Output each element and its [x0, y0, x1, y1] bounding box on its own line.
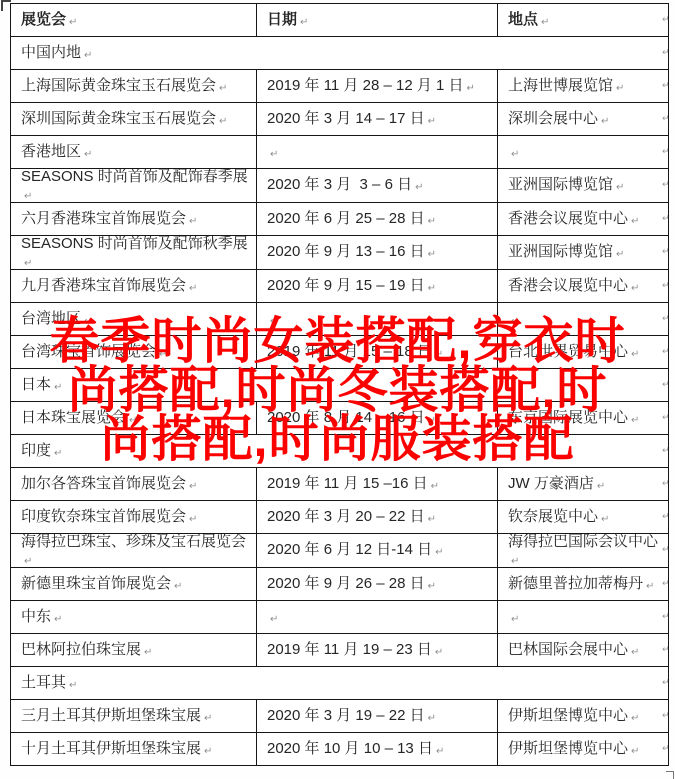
exhibition-name-cell: 巴林阿拉伯珠宝展↵: [11, 634, 257, 667]
row-end-mark: ↵: [662, 379, 670, 390]
pilcrow-mark: ↵: [144, 647, 152, 658]
section-label-cell: 台湾地区↵: [11, 303, 257, 336]
section-label-cell: 日本↵: [11, 369, 669, 402]
row-end-mark: ↵: [662, 677, 670, 688]
pilcrow-mark: ↵: [219, 116, 227, 127]
pilcrow-mark: ↵: [511, 149, 519, 160]
venue-cell: 伊斯坦堡博览中心↵: [498, 733, 669, 766]
col-header-venue: 地点↵: [498, 4, 669, 37]
exhibition-name-cell: 六月香港珠宝首饰展览会↵: [11, 203, 257, 236]
row-end-mark: ↵: [662, 47, 670, 58]
data-row: 十月土耳其伊斯坦堡珠宝展↵ 2020 年 10 月 10 – 13 日↵ 伊斯坦…: [11, 733, 669, 766]
pilcrow-mark: ↵: [24, 191, 32, 202]
venue-cell: 海得拉巴国际会议中心↵: [498, 534, 669, 568]
pilcrow-mark: ↵: [646, 581, 654, 592]
data-row: 印度钦奈珠宝首饰展览会↵ 2020 年 3 月 20 – 22 日↵ 钦奈展览中…: [11, 501, 669, 534]
section-row: 台湾地区↵ ↵ ↵: [11, 303, 669, 336]
venue-cell: 上海世博展览馆↵: [498, 70, 669, 103]
pilcrow-mark: ↵: [174, 581, 182, 592]
row-end-mark: ↵: [662, 246, 670, 257]
document-page: 展览会↵ 日期↵ 地点↵ 中国内地↵ 上海国际黄金珠宝玉石展览会↵ 2019 年…: [0, 0, 675, 779]
data-row: SEASONS 时尚首饰及配饰秋季展↵ 2020 年 9 月 13 – 16 日…: [11, 236, 669, 270]
date-cell: 2020 年 10 月 10 – 13 日↵: [257, 733, 498, 766]
pilcrow-mark: ↵: [631, 713, 639, 724]
pilcrow-mark: ↵: [616, 83, 624, 94]
exhibition-name-cell: SEASONS 时尚首饰及配饰春季展↵: [11, 169, 257, 203]
empty-date-cell: ↵: [257, 601, 498, 634]
pilcrow-mark: ↵: [84, 50, 92, 61]
row-end-mark: ↵: [662, 412, 670, 423]
empty-venue-cell: ↵: [498, 601, 669, 634]
data-row: 深圳国际黄金珠宝玉石展览会↵ 2020 年 3 月 14 – 17 日↵ 深圳会…: [11, 103, 669, 136]
venue-cell: 伊斯坦堡博览中心↵: [498, 700, 669, 733]
row-end-mark: ↵: [662, 478, 670, 489]
pilcrow-mark: ↵: [204, 713, 212, 724]
pilcrow-mark: ↵: [428, 249, 436, 260]
venue-cell: 亚洲国际博览馆↵: [498, 236, 669, 270]
row-end-mark: ↵: [662, 113, 670, 124]
data-row: 六月香港珠宝首饰展览会↵ 2020 年 6 月 25 – 28 日↵ 香港会议展…: [11, 203, 669, 236]
pilcrow-mark: ↵: [270, 149, 278, 160]
pilcrow-mark: ↵: [616, 182, 624, 193]
date-cell: 2019 年 11 月 15 – 18 日↵: [257, 336, 498, 369]
row-end-mark: ↵: [662, 445, 670, 456]
row-end-mark: ↵: [662, 313, 670, 324]
exhibition-name-cell: 九月香港珠宝首饰展览会↵: [11, 270, 257, 303]
venue-cell: 台北世界贸易中心↵: [498, 336, 669, 369]
section-row: 土耳其↵: [11, 667, 669, 700]
date-cell: 2020 年 3 月 3 – 6 日↵: [257, 169, 498, 203]
venue-cell: 亚洲国际博览馆↵: [498, 169, 669, 203]
pilcrow-mark: ↵: [631, 216, 639, 227]
pilcrow-mark: ↵: [300, 17, 308, 28]
pilcrow-mark: ↵: [189, 481, 197, 492]
data-row: 九月香港珠宝首饰展览会↵ 2020 年 9 月 15 – 19 日↵ 香港会议展…: [11, 270, 669, 303]
data-row: 新德里珠宝首饰展览会↵ 2020 年 9 月 26 – 28 日↵ 新德里普拉加…: [11, 568, 669, 601]
pilcrow-mark: ↵: [428, 116, 436, 127]
row-end-mark: ↵: [662, 146, 670, 157]
pilcrow-mark: ↵: [436, 746, 444, 757]
section-label-cell: 中东↵: [11, 601, 257, 634]
row-end-mark: ↵: [662, 710, 670, 721]
pilcrow-mark: ↵: [631, 647, 639, 658]
data-row: 日本珠宝展览会↵ 2020 年 8 月 14 – 16 日↵ 东京国际展览中心↵: [11, 402, 669, 435]
section-row: 香港地区↵ ↵ ↵: [11, 136, 669, 169]
pilcrow-mark: ↵: [270, 316, 278, 327]
pilcrow-mark: ↵: [204, 746, 212, 757]
pilcrow-mark: ↵: [219, 83, 227, 94]
venue-cell: 深圳会展中心↵: [498, 103, 669, 136]
pilcrow-mark: ↵: [129, 415, 137, 426]
exhibition-name-cell: 海得拉巴珠宝、珍珠及宝石展览会↵: [11, 534, 257, 568]
date-cell: 2019 年 11 月 19 – 23 日↵: [257, 634, 498, 667]
pilcrow-mark: ↵: [189, 514, 197, 525]
date-cell: 2019 年 11 月 15 –16 日↵: [257, 468, 498, 501]
row-end-mark: ↵: [662, 511, 670, 522]
date-cell: 2020 年 3 月 14 – 17 日↵: [257, 103, 498, 136]
date-cell: 2020 年 3 月 19 – 22 日↵: [257, 700, 498, 733]
pilcrow-mark: ↵: [597, 481, 605, 492]
pilcrow-mark: ↵: [511, 614, 519, 625]
pilcrow-mark: ↵: [69, 17, 77, 28]
section-label-cell: 土耳其↵: [11, 667, 669, 700]
exhibition-table: 展览会↵ 日期↵ 地点↵ 中国内地↵ 上海国际黄金珠宝玉石展览会↵ 2019 年…: [10, 3, 669, 766]
date-cell: 2020 年 8 月 14 – 16 日↵: [257, 402, 498, 435]
pilcrow-mark: ↵: [431, 481, 439, 492]
exhibition-name-cell: 加尔各答珠宝首饰展览会↵: [11, 468, 257, 501]
venue-cell: 钦奈展览中心↵: [498, 501, 669, 534]
row-end-mark: ↵: [662, 644, 670, 655]
pilcrow-mark: ↵: [616, 249, 624, 260]
pilcrow-mark: ↵: [428, 216, 436, 227]
pilcrow-mark: ↵: [511, 316, 519, 327]
section-row: 中东↵ ↵ ↵: [11, 601, 669, 634]
data-row: 三月土耳其伊斯坦堡珠宝展↵ 2020 年 3 月 19 – 22 日↵ 伊斯坦堡…: [11, 700, 669, 733]
pilcrow-mark: ↵: [631, 415, 639, 426]
pilcrow-mark: ↵: [54, 382, 62, 393]
row-end-mark: ↵: [662, 14, 670, 25]
exhibition-name-cell: 台湾珠宝首饰展览会↵: [11, 336, 257, 369]
pilcrow-mark: ↵: [601, 116, 609, 127]
pilcrow-mark: ↵: [84, 316, 92, 327]
pilcrow-mark: ↵: [54, 448, 62, 459]
venue-cell: 香港会议展览中心↵: [498, 203, 669, 236]
date-cell: 2019 年 11 月 28 – 12 月 1 日↵: [257, 70, 498, 103]
date-cell: 2020 年 9 月 26 – 28 日↵: [257, 568, 498, 601]
exhibition-name-cell: 印度钦奈珠宝首饰展览会↵: [11, 501, 257, 534]
date-cell: 2020 年 9 月 15 – 19 日↵: [257, 270, 498, 303]
col-header-exhibition: 展览会↵: [11, 4, 257, 37]
pilcrow-mark: ↵: [428, 283, 436, 294]
col-header-date: 日期↵: [257, 4, 498, 37]
pilcrow-mark: ↵: [189, 216, 197, 227]
exhibition-name-cell: 上海国际黄金珠宝玉石展览会↵: [11, 70, 257, 103]
date-cell: 2020 年 3 月 20 – 22 日↵: [257, 501, 498, 534]
pilcrow-mark: ↵: [24, 556, 32, 567]
date-cell: 2020 年 6 月 25 – 28 日↵: [257, 203, 498, 236]
pilcrow-mark: ↵: [270, 614, 278, 625]
data-row: 台湾珠宝首饰展览会↵ 2019 年 11 月 15 – 18 日↵ 台北世界贸易…: [11, 336, 669, 369]
section-label-cell: 印度↵: [11, 435, 669, 468]
row-end-mark: ↵: [662, 611, 670, 622]
section-row: 日本↵: [11, 369, 669, 402]
pilcrow-mark: ↵: [69, 680, 77, 691]
pilcrow-mark: ↵: [428, 415, 436, 426]
exhibition-name-cell: 十月土耳其伊斯坦堡珠宝展↵: [11, 733, 257, 766]
empty-date-cell: ↵: [257, 136, 498, 169]
pilcrow-mark: ↵: [159, 349, 167, 360]
exhibition-name-cell: 深圳国际黄金珠宝玉石展览会↵: [11, 103, 257, 136]
pilcrow-mark: ↵: [54, 614, 62, 625]
table-end-handle: [666, 771, 674, 779]
pilcrow-mark: ↵: [24, 258, 32, 269]
empty-date-cell: ↵: [257, 303, 498, 336]
date-cell: 2020 年 9 月 13 – 16 日↵: [257, 236, 498, 270]
pilcrow-mark: ↵: [601, 514, 609, 525]
exhibition-name-cell: 新德里珠宝首饰展览会↵: [11, 568, 257, 601]
section-row: 印度↵: [11, 435, 669, 468]
pilcrow-mark: ↵: [415, 182, 423, 193]
pilcrow-mark: ↵: [631, 283, 639, 294]
pilcrow-mark: ↵: [435, 547, 443, 558]
pilcrow-mark: ↵: [428, 713, 436, 724]
row-end-mark: ↵: [662, 179, 670, 190]
empty-venue-cell: ↵: [498, 303, 669, 336]
row-end-mark: ↵: [662, 280, 670, 291]
venue-cell: 东京国际展览中心↵: [498, 402, 669, 435]
venue-cell: 新德里普拉加蒂梅丹↵: [498, 568, 669, 601]
exhibition-table-wrap: 展览会↵ 日期↵ 地点↵ 中国内地↵ 上海国际黄金珠宝玉石展览会↵ 2019 年…: [10, 3, 668, 766]
data-row: 上海国际黄金珠宝玉石展览会↵ 2019 年 11 月 28 – 12 月 1 日…: [11, 70, 669, 103]
pilcrow-mark: ↵: [631, 349, 639, 360]
pilcrow-mark: ↵: [541, 17, 549, 28]
header-row: 展览会↵ 日期↵ 地点↵: [11, 4, 669, 37]
data-row: 海得拉巴珠宝、珍珠及宝石展览会↵ 2020 年 6 月 12 日-14 日↵ 海…: [11, 534, 669, 568]
section-label-cell: 香港地区↵: [11, 136, 257, 169]
pilcrow-mark: ↵: [631, 746, 639, 757]
pilcrow-mark: ↵: [428, 581, 436, 592]
row-end-mark: ↵: [662, 544, 670, 555]
pilcrow-mark: ↵: [84, 149, 92, 160]
section-label-cell: 中国内地↵: [11, 37, 669, 70]
venue-cell: 巴林国际会展中心↵: [498, 634, 669, 667]
row-end-mark: ↵: [662, 80, 670, 91]
row-end-mark: ↵: [662, 578, 670, 589]
pilcrow-mark: ↵: [467, 83, 475, 94]
section-row: 中国内地↵: [11, 37, 669, 70]
pilcrow-mark: ↵: [435, 647, 443, 658]
venue-cell: JW 万豪酒店↵: [498, 468, 669, 501]
row-end-mark: ↵: [662, 213, 670, 224]
exhibition-name-cell: SEASONS 时尚首饰及配饰秋季展↵: [11, 236, 257, 270]
exhibition-name-cell: 三月土耳其伊斯坦堡珠宝展↵: [11, 700, 257, 733]
exhibition-name-cell: 日本珠宝展览会↵: [11, 402, 257, 435]
empty-venue-cell: ↵: [498, 136, 669, 169]
pilcrow-mark: ↵: [428, 514, 436, 525]
pilcrow-mark: ↵: [511, 556, 519, 567]
row-end-mark: ↵: [662, 743, 670, 754]
venue-cell: 香港会议展览中心↵: [498, 270, 669, 303]
pilcrow-mark: ↵: [189, 283, 197, 294]
data-row: 巴林阿拉伯珠宝展↵ 2019 年 11 月 19 – 23 日↵ 巴林国际会展中…: [11, 634, 669, 667]
row-end-mark: ↵: [662, 346, 670, 357]
data-row: 加尔各答珠宝首饰展览会↵ 2019 年 11 月 15 –16 日↵ JW 万豪…: [11, 468, 669, 501]
pilcrow-mark: ↵: [435, 349, 443, 360]
date-cell: 2020 年 6 月 12 日-14 日↵: [257, 534, 498, 568]
data-row: SEASONS 时尚首饰及配饰春季展↵ 2020 年 3 月 3 – 6 日↵ …: [11, 169, 669, 203]
